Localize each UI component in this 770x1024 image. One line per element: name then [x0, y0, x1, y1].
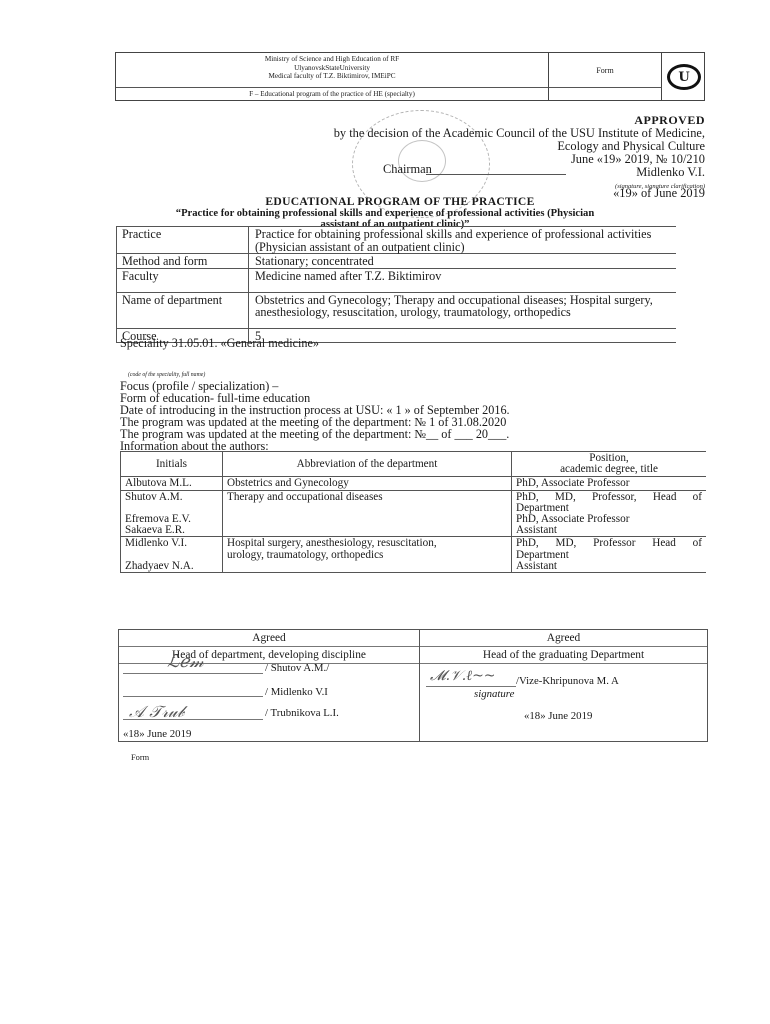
- empty-cell: [549, 88, 662, 101]
- author-position: PhD, Associate Professor: [512, 477, 707, 490]
- author-position: PhD, MD, Professor, Head of Department P…: [512, 490, 707, 537]
- column-header-department: Abbreviation of the department: [223, 452, 512, 477]
- author-position: PhD, MD, Professor Head of Department As…: [512, 537, 707, 573]
- signatory-name: /Vize-Khripunova M. A: [516, 675, 619, 687]
- agreed-table: Agreed Head of department, developing di…: [118, 629, 708, 742]
- row-value: Medicine named after T.Z. Biktimirov: [249, 268, 677, 292]
- row-value: Stationary; concentrated: [249, 254, 677, 269]
- agreed-right-column: Agreed Head of the graduating Department…: [420, 630, 707, 741]
- row-label: Practice: [117, 227, 249, 254]
- table-row: Faculty Medicine named after T.Z. Biktim…: [117, 268, 677, 292]
- faculty-name: Medical faculty of T.Z. Biktimirov, IMEi…: [116, 72, 548, 81]
- signatory-name: / Trubnikova L.I.: [265, 707, 339, 719]
- signature-line: [123, 696, 263, 697]
- chairman-name: Midlenko V.I.: [636, 166, 705, 180]
- table-row: Albutova M.L. Obstetrics and Gynecology …: [121, 477, 707, 490]
- author-initials: Albutova M.L.: [121, 477, 223, 490]
- agreed-left-column: Agreed Head of department, developing di…: [119, 630, 420, 741]
- column-header-initials: Initials: [121, 452, 223, 477]
- table-header-row: Initials Abbreviation of the department …: [121, 452, 707, 477]
- university-emblem-icon: U: [667, 64, 701, 90]
- row-value: Practice for obtaining professional skil…: [249, 227, 677, 254]
- table-row: Name of department Obstetrics and Gyneco…: [117, 292, 677, 328]
- practice-info-table: Practice Practice for obtaining professi…: [116, 226, 676, 343]
- institution-cell: Ministry of Science and High Education o…: [116, 53, 549, 88]
- column-header-position: Position, academic degree, title: [512, 452, 707, 477]
- speciality-code-note: (code of the speciality, full name): [128, 372, 205, 378]
- signature-icon: ℒℯ𝓂: [167, 652, 204, 672]
- table-row: Shutov A.M. Efremova E.V. Sakaeva E.R. T…: [121, 490, 707, 537]
- speciality: Speciality 31.05.01. «General medicine»: [120, 337, 319, 349]
- author-department: Obstetrics and Gynecology: [223, 477, 512, 490]
- logo-cell: U: [662, 53, 706, 101]
- signature-label: signature: [474, 688, 514, 700]
- row-label: Name of department: [117, 292, 249, 328]
- signature-icon: 𝒜 𝒯𝓇𝓊𝒷: [129, 702, 184, 722]
- table-row: Method and form Stationary; concentrated: [117, 254, 677, 269]
- document-subtitle: “Practice for obtaining professional ski…: [0, 208, 770, 219]
- agreed-title: Agreed: [420, 630, 707, 647]
- signatory-name: / Midlenko V.I: [265, 686, 328, 698]
- document-type: F – Educational program of the practice …: [116, 88, 549, 101]
- agreed-title: Agreed: [119, 630, 419, 647]
- agreed-date: «18» June 2019: [524, 710, 592, 722]
- author-initials: Shutov A.M. Efremova E.V. Sakaeva E.R.: [121, 490, 223, 537]
- table-row: Midlenko V.I. Zhadyaev N.A. Hospital sur…: [121, 537, 707, 573]
- signature-line: [426, 686, 516, 687]
- ministry-name: Ministry of Science and High Education o…: [116, 55, 548, 64]
- table-row: Practice Practice for obtaining professi…: [117, 227, 677, 254]
- signature-line: [123, 673, 263, 674]
- form-cell: Form: [549, 53, 662, 88]
- footer-form-label: Form: [131, 753, 149, 762]
- university-name: UlyanovskStateUniversity: [116, 64, 548, 73]
- row-label: Method and form: [117, 254, 249, 269]
- agreed-subtitle: Head of the graduating Department: [420, 647, 707, 664]
- document-title: EDUCATIONAL PROGRAM OF THE PRACTICE: [0, 195, 770, 208]
- author-initials: Midlenko V.I. Zhadyaev N.A.: [121, 537, 223, 573]
- authors-table: Initials Abbreviation of the department …: [120, 451, 706, 573]
- row-value: Obstetrics and Gynecology; Therapy and o…: [249, 292, 677, 328]
- row-label: Faculty: [117, 268, 249, 292]
- author-department: Hospital surgery, anesthesiology, resusc…: [223, 537, 512, 573]
- chairman-label: Chairman: [383, 162, 432, 177]
- agreed-date: «18» June 2019: [123, 728, 191, 740]
- document-header-table: Ministry of Science and High Education o…: [115, 52, 705, 101]
- author-department: Therapy and occupational diseases: [223, 490, 512, 537]
- signatory-name: / Shutov A.M./: [265, 662, 329, 674]
- signature-line: [426, 174, 566, 175]
- signature-icon: 𝓜.𝒱.ℓ~~: [430, 668, 496, 685]
